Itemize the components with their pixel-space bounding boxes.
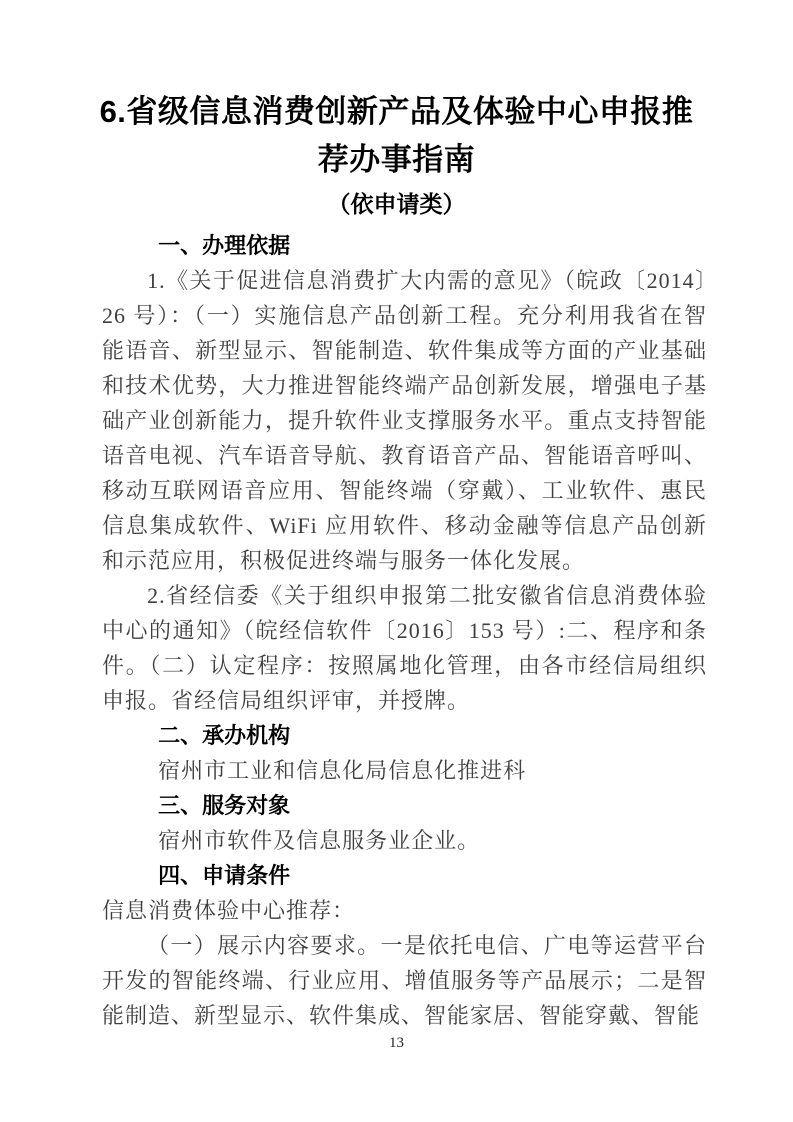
document-title: 6.省级信息消费创新产品及体验中心申报推 荐办事指南	[40, 88, 753, 184]
document-page: 6.省级信息消费创新产品及体验中心申报推 荐办事指南 （依申请类） 一、办理依据…	[0, 0, 793, 1122]
document-title-line-2: 荐办事指南	[40, 136, 753, 184]
body-paragraph: 1.《关于促进信息消费扩大内需的意见》（皖政〔2014〕26 号）：（一）实施信…	[102, 263, 707, 578]
body-paragraph: （一）展示内容要求。一是依托电信、广电等运营平台开发的智能终端、行业应用、增值服…	[102, 928, 707, 1033]
page-number: 13	[0, 1035, 793, 1052]
body-paragraph: 2.省经信委《关于组织申报第二批安徽省信息消费体验中心的通知》（皖经信软件〔20…	[102, 578, 707, 718]
document-subtitle: （依申请类）	[0, 189, 793, 219]
section-heading: 二、承办机构	[102, 718, 707, 753]
section-heading: 三、服务对象	[102, 788, 707, 823]
body-paragraph: 宿州市软件及信息服务业企业。	[102, 823, 707, 858]
body-paragraph: 宿州市工业和信息化局信息化推进科	[102, 753, 707, 788]
document-body: 一、办理依据1.《关于促进信息消费扩大内需的意见》（皖政〔2014〕26 号）：…	[102, 228, 707, 1033]
body-paragraph: 信息消费体验中心推荐：	[102, 893, 707, 928]
section-heading: 四、申请条件	[102, 858, 707, 893]
section-heading: 一、办理依据	[102, 228, 707, 263]
document-title-line-1: 6.省级信息消费创新产品及体验中心申报推	[40, 88, 753, 136]
